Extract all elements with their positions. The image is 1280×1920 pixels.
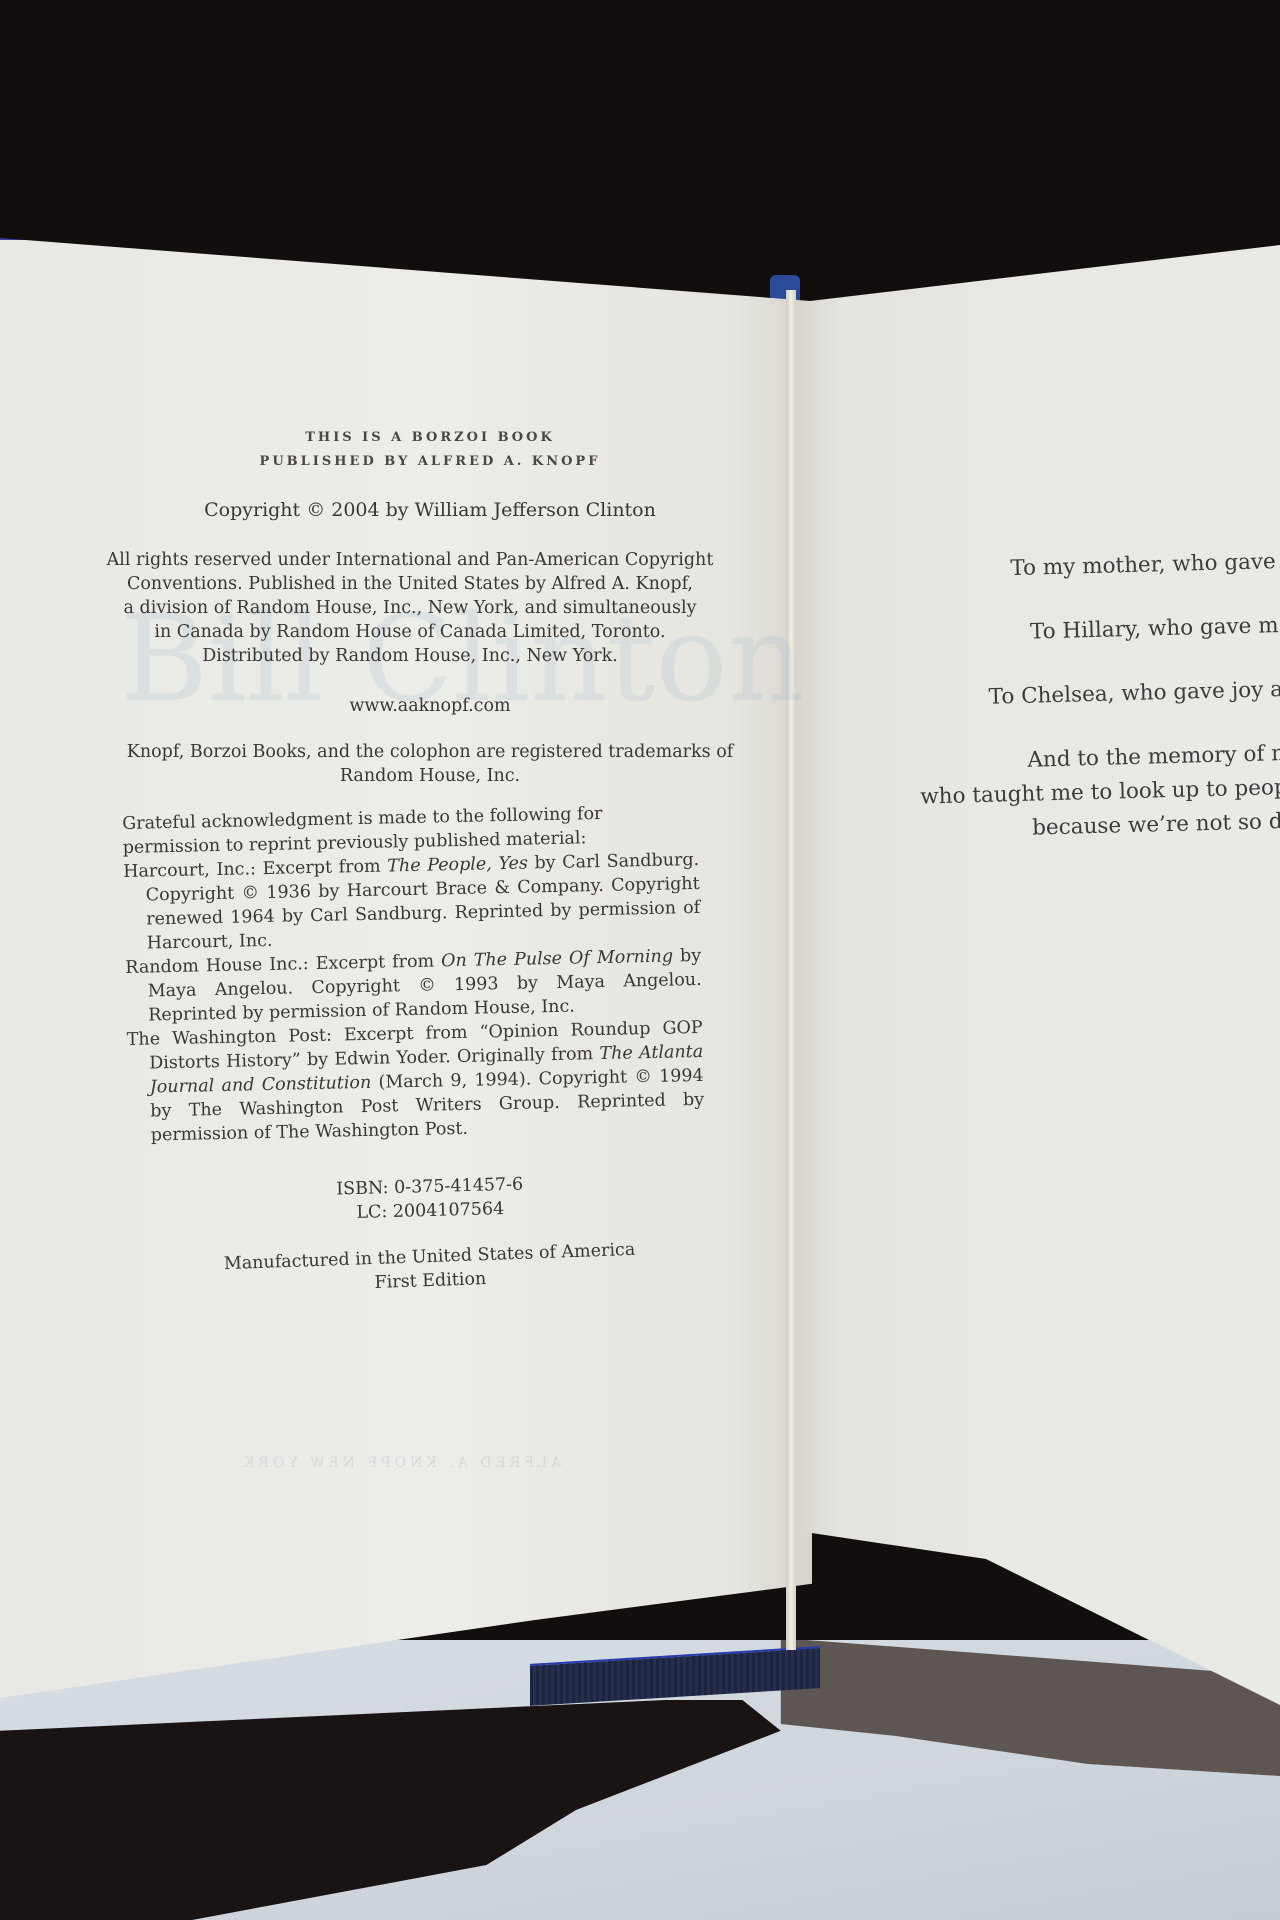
bleed-through-publisher: ALFRED A. KNOPF NEW YORK bbox=[240, 1455, 561, 1471]
rights-line: All rights reserved under International … bbox=[100, 548, 720, 572]
rights-paragraph: All rights reserved under International … bbox=[100, 548, 720, 668]
trademarks-paragraph: Knopf, Borzoi Books, and the colophon ar… bbox=[110, 740, 750, 788]
trademarks-line: Random House, Inc. bbox=[110, 764, 750, 788]
trademarks-line: Knopf, Borzoi Books, and the colophon ar… bbox=[110, 740, 750, 764]
acknowledgment-entry: The Washington Post: Excerpt from “Opini… bbox=[127, 1016, 705, 1148]
copyright-line: Copyright © 2004 by William Jefferson Cl… bbox=[140, 497, 720, 523]
rights-line: Conventions. Published in the United Sta… bbox=[100, 572, 720, 596]
rights-line: Distributed by Random House, Inc., New Y… bbox=[100, 644, 720, 668]
website: www.aaknopf.com bbox=[230, 694, 630, 718]
ack-work-title: On The Pulse Of Morning bbox=[441, 946, 673, 971]
imprint-line-1: THIS IS A BORZOI BOOK bbox=[200, 426, 660, 450]
right-page bbox=[790, 245, 1280, 1705]
imprint-line-2: PUBLISHED BY ALFRED A. KNOPF bbox=[200, 450, 660, 474]
rights-line: in Canada by Random House of Canada Limi… bbox=[100, 620, 720, 644]
acknowledgment-entry: Random House Inc.: Excerpt from On The P… bbox=[125, 944, 702, 1028]
ack-text: Random House Inc.: Excerpt from bbox=[125, 951, 441, 978]
ack-work-title: The People, Yes bbox=[387, 854, 528, 877]
rights-line: a division of Random House, Inc., New Yo… bbox=[100, 596, 720, 620]
acknowledgments: Grateful acknowledgment is made to the f… bbox=[122, 800, 705, 1148]
book-gutter bbox=[786, 290, 796, 1650]
dedication: To my mother, who gave To Hillary, who g… bbox=[900, 543, 1280, 849]
acknowledgment-entry: Harcourt, Inc.: Excerpt from The People,… bbox=[123, 848, 701, 956]
imprint-block: THIS IS A BORZOI BOOK PUBLISHED BY ALFRE… bbox=[200, 426, 660, 474]
ack-text: Harcourt, Inc.: Excerpt from bbox=[123, 856, 387, 882]
